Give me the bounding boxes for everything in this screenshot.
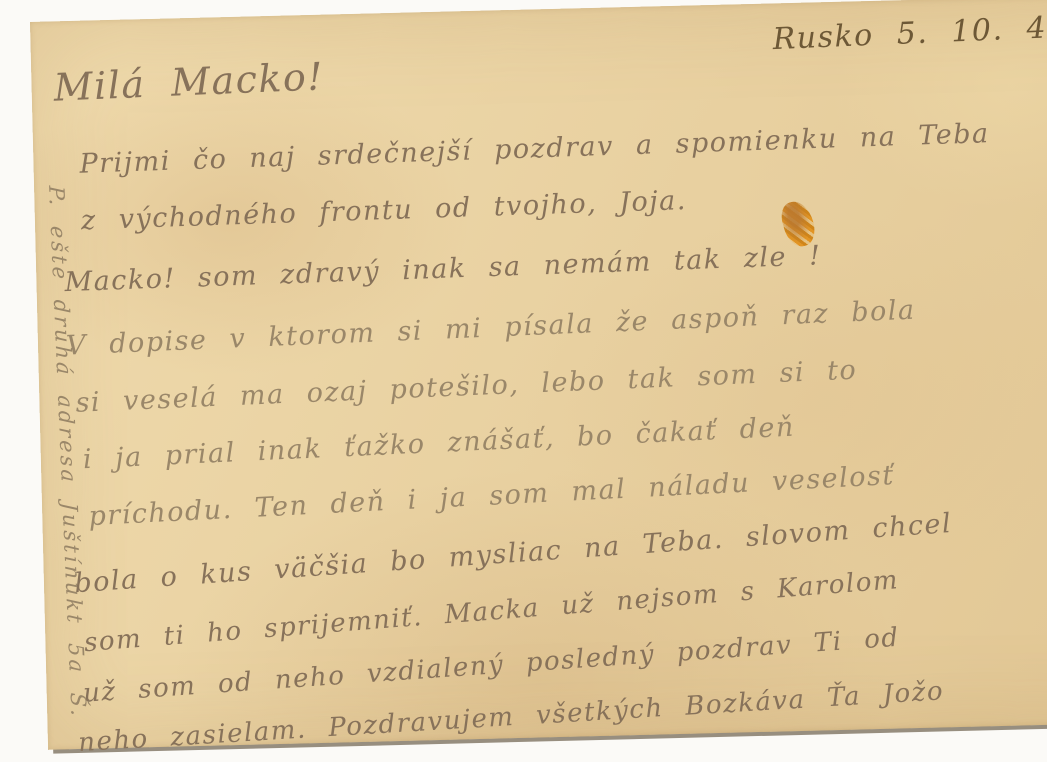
- body-line: z východného frontu od tvojho, Joja.: [80, 185, 687, 236]
- postcard: Rusko 5. 10. 43. Milá Macko! Prijmi čo n…: [30, 0, 1047, 750]
- body-line: si veselá ma ozaj potešilo, lebo tak som…: [75, 355, 858, 419]
- date-line: Rusko 5. 10. 43.: [772, 9, 1047, 57]
- scanner-background: Rusko 5. 10. 43. Milá Macko! Prijmi čo n…: [0, 0, 1047, 762]
- body-line: Macko! som zdravý inak sa nemám tak zle …: [64, 240, 822, 298]
- body-line: Prijmi čo naj srdečnejší pozdrav a spomi…: [79, 118, 990, 180]
- body-line: i ja prial inak ťažko znášať, bo čakať d…: [82, 412, 795, 476]
- body-line: V dopise v ktorom si mi písala že aspoň …: [66, 295, 917, 362]
- salutation: Milá Macko!: [53, 54, 325, 109]
